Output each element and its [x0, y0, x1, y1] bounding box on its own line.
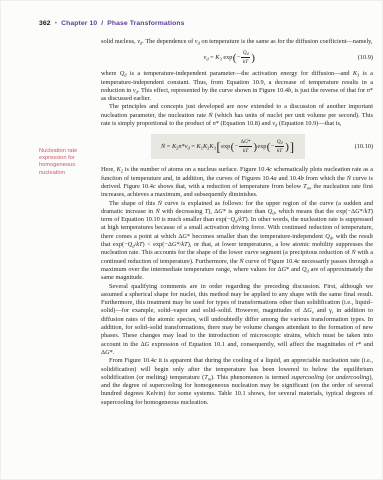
- page-number: 362: [39, 20, 51, 27]
- paragraph-here-k2: Here, K2 is the number of atoms on a nuc…: [101, 166, 373, 199]
- equation-10-number: (10.10): [355, 143, 373, 151]
- header-slash: /: [101, 20, 103, 27]
- paragraph-principles: The principles and concepts just develop…: [101, 103, 373, 128]
- equation-10-highlight-box: Ṅ = K2n*νd = K1K2K3[exp(−ΔG*kT)exp(−QdkT…: [151, 134, 305, 159]
- paragraph-supercooling: From Figure 10.4c it is apparent that du…: [101, 357, 373, 407]
- paragraph-intro: solid nucleus, νd. The dependence of νd …: [101, 38, 373, 46]
- margin-note: Nucleation rate expression for homogeneo…: [39, 148, 97, 177]
- paragraph-where-qd: where Qd is a temperature-independent pa…: [101, 70, 373, 103]
- equation-10-row: Ṅ = K2n*νd = K1K2K3[exp(−ΔG*kT)exp(−QdkT…: [101, 134, 373, 159]
- equation-9-row: νd = K3 exp(−QdkT) (10.9): [101, 50, 373, 65]
- paragraph-qualifying-comments: Several qualifying comments are in order…: [101, 283, 373, 358]
- body-text-column: solid nucleus, νd. The dependence of νd …: [101, 38, 373, 407]
- equation-9-number: (10.9): [358, 54, 373, 62]
- header-bullet: •: [55, 20, 57, 27]
- equation-10-center: Ṅ = K2n*νd = K1K2K3[exp(−ΔG*kT)exp(−QdkT…: [101, 134, 355, 159]
- page-header: 362 • Chapter 10 / Phase Transformations: [39, 20, 185, 27]
- paragraph-curve-shape: The shape of this Ṅ curve is explained a…: [101, 200, 373, 283]
- equation-10: Ṅ = K2n*νd = K1K2K3[exp(−ΔG*kT)exp(−QdkT…: [161, 139, 295, 154]
- chapter-label: Chapter 10: [61, 20, 97, 27]
- equation-9: νd = K3 exp(−QdkT): [204, 50, 256, 65]
- textbook-page: 362 • Chapter 10 / Phase Transformations…: [0, 0, 383, 480]
- chapter-title: Phase Transformations: [107, 20, 184, 27]
- equation-9-center: νd = K3 exp(−QdkT): [101, 50, 358, 65]
